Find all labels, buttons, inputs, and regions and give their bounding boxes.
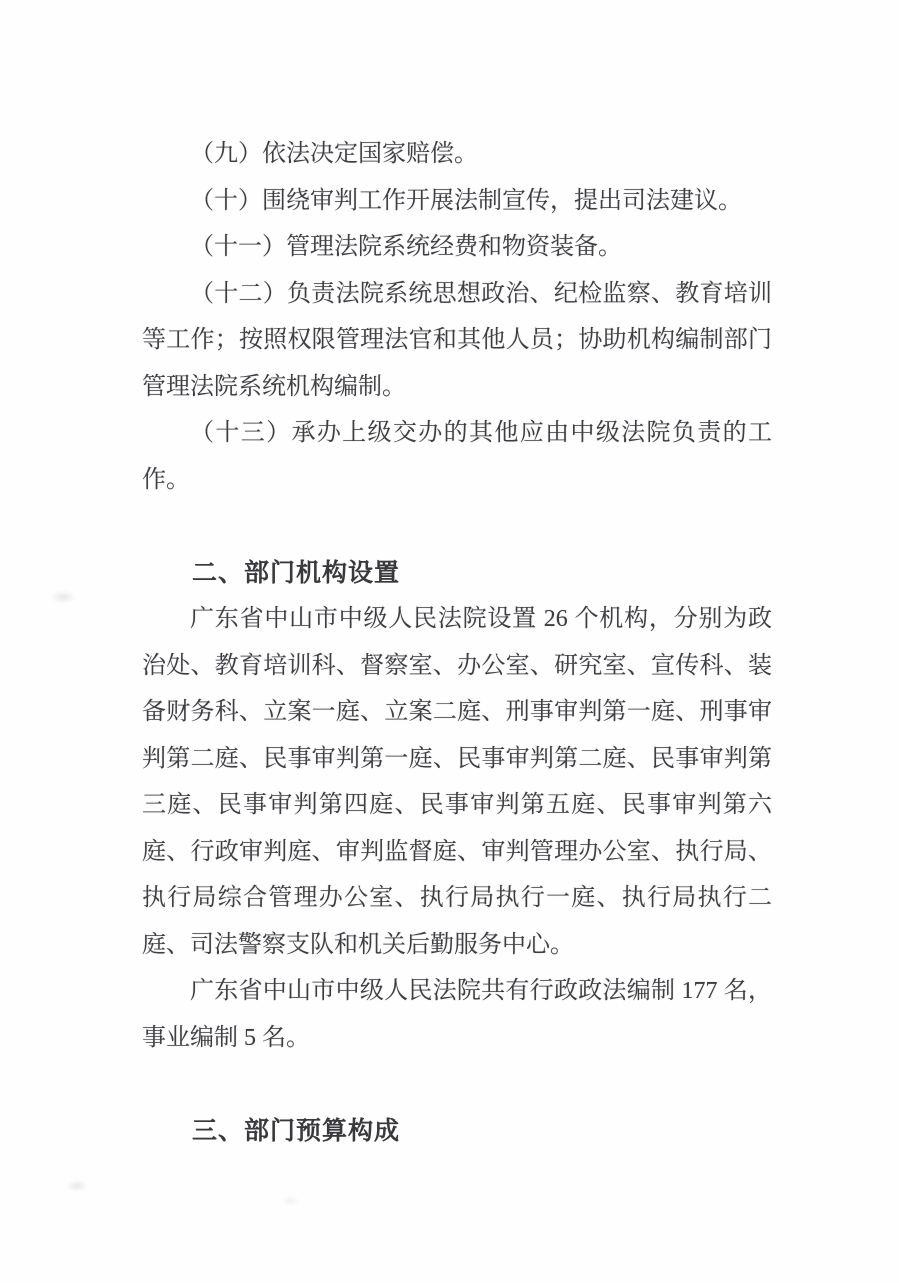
clause-13: （十三）承办上级交办的其他应由中级法院负责的工作。 <box>142 410 772 503</box>
paragraph-org-structure: 广东省中山市中级人民法院设置 26 个机构，分别为政治处、教育培训科、督察室、办… <box>142 596 772 968</box>
clause-9: （九）依法决定国家赔偿。 <box>142 131 772 178</box>
clause-10: （十）围绕审判工作开展法制宣传，提出司法建议。 <box>142 178 772 225</box>
paragraph-staffing: 广东省中山市中级人民法院共有行政政法编制 177 名，事业编制 5 名。 <box>142 968 772 1061</box>
scan-artifact <box>50 590 76 604</box>
scan-artifact <box>66 1180 88 1192</box>
clause-11: （十一）管理法院系统经费和物资装备。 <box>142 224 772 271</box>
document-content: （九）依法决定国家赔偿。 （十）围绕审判工作开展法制宣传，提出司法建议。 （十一… <box>142 131 772 1154</box>
scan-artifact <box>282 1196 300 1206</box>
section-heading-org-structure: 二、部门机构设置 <box>142 550 772 597</box>
section-heading-budget-composition: 三、部门预算构成 <box>142 1108 772 1155</box>
scanned-document-page: （九）依法决定国家赔偿。 （十）围绕审判工作开展法制宣传，提出司法建议。 （十一… <box>0 0 899 1283</box>
clause-12: （十二）负责法院系统思想政治、纪检监察、教育培训等工作；按照权限管理法官和其他人… <box>142 271 772 411</box>
